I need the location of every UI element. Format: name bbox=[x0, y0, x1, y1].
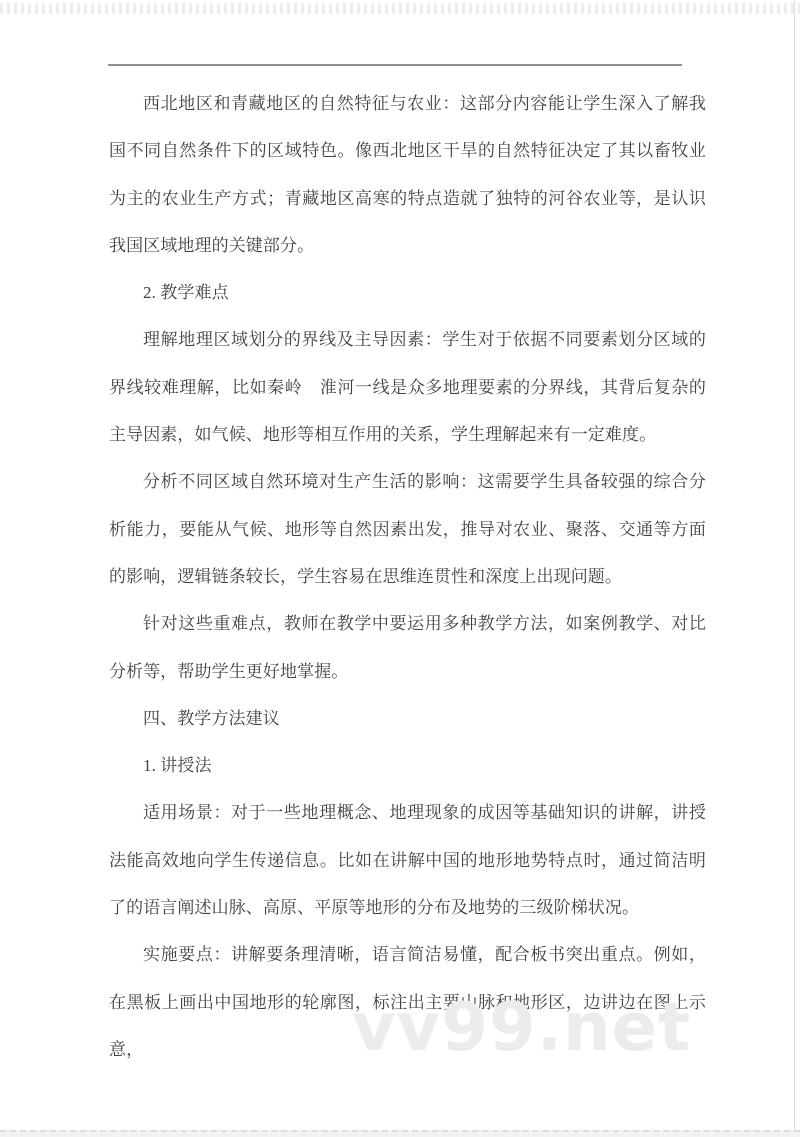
document-viewer-page: { "page": { "watermark": "vv99.net", "co… bbox=[0, 0, 800, 1137]
heading-lecture-method: 1. 讲授法 bbox=[109, 742, 706, 789]
paragraph-region-boundaries: 理解地理区域划分的界线及主导因素：学生对于依据不同要素划分区域的界线较难理解，比… bbox=[109, 316, 706, 458]
site-watermark: vv99.net bbox=[352, 988, 691, 1066]
page-separator-top bbox=[0, 3, 800, 14]
paragraph-lecture-scenario: 适用场景：对于一些地理概念、地理现象的成因等基础知识的讲解，讲授法能高效地向学生… bbox=[109, 789, 706, 931]
header-rule bbox=[108, 64, 682, 66]
paragraph-northwest-qingzang: 西北地区和青藏地区的自然特征与农业：这部分内容能让学生深入了解我国不同自然条件下… bbox=[109, 80, 706, 269]
heading-teaching-difficulties: 2. 教学难点 bbox=[109, 269, 706, 316]
heading-teaching-method-suggestions: 四、教学方法建议 bbox=[109, 695, 706, 742]
document-text-body: 西北地区和青藏地区的自然特征与农业：这部分内容能让学生深入了解我国不同自然条件下… bbox=[109, 80, 706, 1073]
page-right-edge bbox=[794, 0, 795, 1130]
paragraph-environment-analysis: 分析不同区域自然环境对生产生活的影响：这需要学生具备较强的综合分析能力，要能从气… bbox=[109, 458, 706, 600]
paragraph-methods-summary: 针对这些重难点，教师在教学中要运用多种教学方法，如案例教学、对比分析等，帮助学生… bbox=[109, 600, 706, 695]
page-separator-bottom bbox=[0, 1130, 800, 1137]
